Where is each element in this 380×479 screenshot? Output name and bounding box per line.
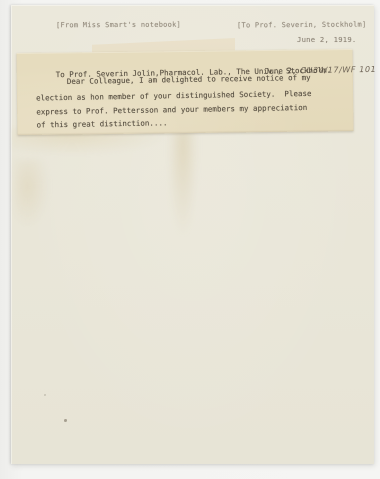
- stamp-date: June 2, 1919.: [297, 35, 357, 44]
- document-page: [From Miss Smart's notebook] [To Prof. S…: [11, 5, 374, 464]
- note-line-body-1: election as hon member of your distingui…: [36, 90, 312, 103]
- scanner-background: { "stamps": { "from": "[From Miss Smart'…: [0, 0, 380, 479]
- paper-stain-left: [14, 160, 48, 226]
- stamp-to-severin: [To Prof. Severin, Stockholm]: [237, 21, 367, 30]
- paper-stain-streak: [168, 131, 198, 235]
- note-text-block: June 2,CU34/17/WF 101 To Prof. Severin J…: [16, 48, 353, 136]
- pasted-note-slip: June 2,CU34/17/WF 101 To Prof. Severin J…: [17, 49, 354, 135]
- note-line-salutation: Dear Colleague, I am delighted to receiv…: [67, 74, 311, 86]
- paper-speck: [64, 419, 67, 422]
- stamp-from-notebook: [From Miss Smart's notebook]: [56, 21, 181, 30]
- paper-speck: [44, 394, 46, 396]
- note-line-body-3: of this great distinction....: [36, 119, 167, 129]
- note-line-body-2: express to Prof. Pettersson and your mem…: [36, 104, 307, 116]
